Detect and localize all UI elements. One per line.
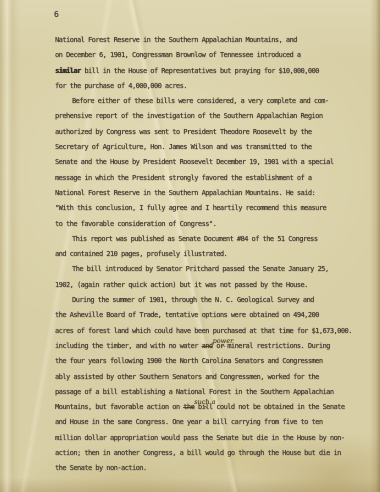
text-line: message in which the President strongly … [55, 171, 357, 186]
text-line: the four years following 1900 the North … [55, 354, 357, 369]
text-line: Senate and the House by President Roosev… [55, 155, 357, 170]
text-line: to the favorable consideration of Congre… [55, 217, 357, 232]
struck-word: and [202, 342, 213, 350]
text-line: action; then in another Congress, a bill… [55, 446, 357, 461]
text-line: National Forest Reserve in the Southern … [55, 186, 357, 201]
text-line: ably assisted by other Southern Senators… [55, 370, 357, 385]
page-number: 6 [54, 10, 59, 19]
text-line: Before either of these bills were consid… [55, 94, 357, 109]
paragraph: Before either of these bills were consid… [55, 94, 357, 232]
text-line: and contained 210 pages, profusely illus… [55, 247, 357, 262]
paragraph: National Forest Reserve in the Southern … [55, 33, 357, 94]
text-line: million dollar appropriation would pass … [55, 431, 357, 446]
text-line: Secretary of Agriculture, Hon. James Wil… [55, 140, 357, 155]
text-line: Mountains, but favorable action on thesu… [55, 400, 357, 415]
text-line: on December 6, 1901, Congressman Brownlo… [55, 48, 357, 63]
paragraph: During the summer of 1901, through the N… [55, 293, 357, 477]
text-line: This report was published as Senate Docu… [55, 232, 357, 247]
document-page: 6 National Forest Reserve in the Souther… [0, 0, 380, 492]
struck-word: the [183, 403, 194, 411]
text-line: and House in the same Congress. One year… [55, 415, 357, 430]
text-line: prehensive report of the investigation o… [55, 109, 357, 124]
text-line: including the timber, and with no water … [55, 339, 357, 354]
typewritten-text-block: National Forest Reserve in the Southern … [55, 33, 357, 477]
text-line: During the summer of 1901, through the N… [55, 293, 357, 308]
text-line: acres of forest land which could have be… [55, 324, 357, 339]
text-line: "With this conclusion, I fully agree and… [55, 201, 357, 216]
overtyped-word: similar [55, 67, 81, 75]
text-line: for the purchase of 4,000,000 acres. [55, 79, 357, 94]
text-line: authorized by Congress was sent to Presi… [55, 125, 357, 140]
paragraph: The bill introduced by Senator Pritchard… [55, 262, 357, 293]
text-line: 1902, (again rather quick action) but it… [55, 278, 357, 293]
text-line: similar bill in the House of Representat… [55, 64, 357, 79]
paragraph: This report was published as Senate Docu… [55, 232, 357, 263]
text-line: the Senate by non-action. [55, 461, 357, 476]
text-line: National Forest Reserve in the Southern … [55, 33, 357, 48]
text-line: the Asheville Board of Trade, tentative … [55, 308, 357, 323]
text-line: The bill introduced by Senator Pritchard… [55, 262, 357, 277]
